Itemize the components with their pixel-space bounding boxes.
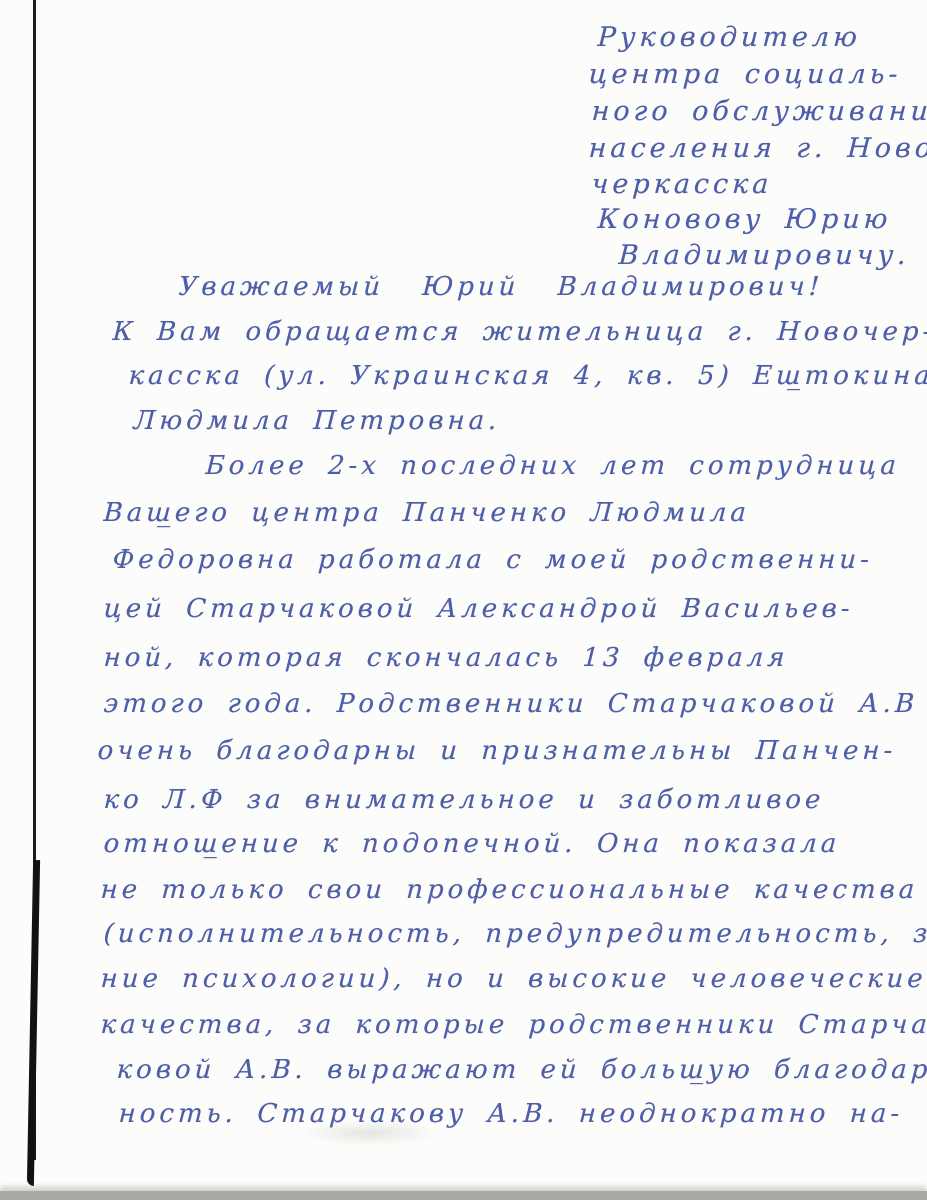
salutation-line: Уважаемый Юрий Владимирович! [178, 274, 824, 300]
scan-bottom-edge [0, 1191, 927, 1200]
recipient-line: черкасска [591, 171, 773, 198]
body-line: (исполнительность, предупредительность, … [103, 921, 927, 947]
body-line: К Вам обращается жительница г. Новочер- [112, 319, 927, 345]
body-line: Более 2-х последних лет сотрудница [205, 453, 901, 479]
recipient-line: Владимировичу. [618, 242, 911, 269]
body-line: этого года. Родственники Старчаковой А.В [103, 691, 919, 717]
body-line: отнош̲ение к подопечной. Она показала [103, 831, 841, 857]
recipient-line: ного обслуживания [591, 98, 927, 125]
body-line: ной, которая скончалась 13 февраля [103, 645, 789, 671]
recipient-line: населения г. Ново- [588, 135, 927, 162]
letter-page: Руководителю центра социаль- ного обслуж… [0, 0, 927, 1200]
recipient-line: Коновову Юрию [597, 206, 892, 233]
body-line: касска (ул. Украинская 4, кв. 5) Еш̲токи… [128, 363, 927, 389]
recipient-line: центра социаль- [588, 61, 902, 88]
body-line: цей Старчаковой Александрой Васильев- [103, 596, 854, 622]
body-line: ность. Старчакову А.В. неоднократно на- [118, 1101, 904, 1127]
body-line: очень благодарны и признательны Панчен- [97, 738, 897, 764]
body-line: качества, за которые родственники Старча… [100, 1012, 927, 1038]
body-line: ко Л.Ф за внимательное и заботливое [103, 787, 825, 813]
body-line: Людмила Петровна. [133, 408, 501, 434]
body-line: не только свои профессиональные качества [100, 877, 919, 903]
body-line: Ваш̲его центра Панченко Людмила [103, 500, 751, 526]
body-line: ние психологии), но и высокие человеческ… [100, 966, 927, 992]
scan-edge-left-lower [27, 860, 40, 1186]
recipient-line: Руководителю [597, 24, 862, 51]
body-line: Федоровна работала с моей родственни- [112, 547, 874, 573]
body-line: ковой А.В. выражают ей больш̲ую благодар… [116, 1057, 927, 1083]
